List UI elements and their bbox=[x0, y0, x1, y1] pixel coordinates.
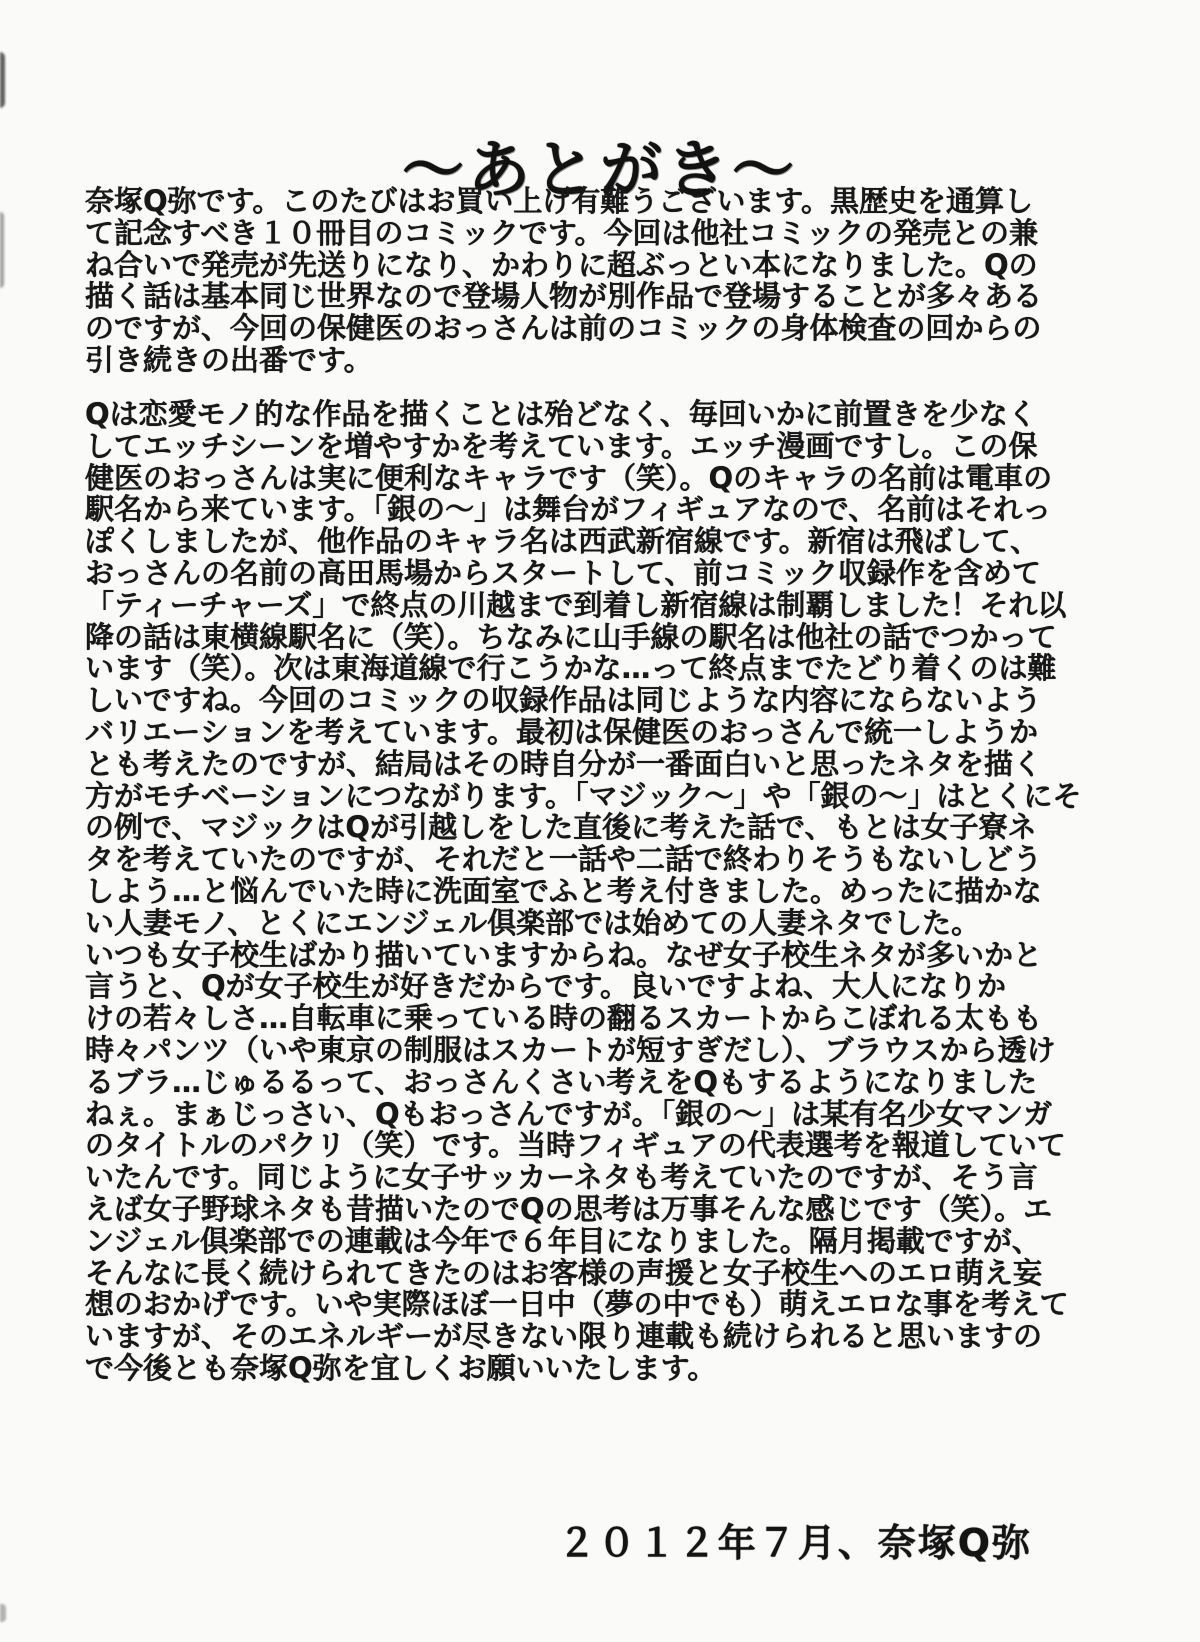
afterword-paragraph-2: Qは恋愛モノ的な作品を描くことは殆どなく、毎回いかに前置きを少なく してエッチシ… bbox=[85, 399, 1099, 1385]
afterword-scan-page: ～あとがき～ 奈塚Q弥です。このたびはお買い上げ有難うございます。黒歴史を通算し… bbox=[0, 0, 1200, 1642]
scan-artifact-left-bottom bbox=[0, 1604, 6, 1622]
afterword-paragraph-1: 奈塚Q弥です。このたびはお買い上げ有難うございます。黒歴史を通算し て記念すべき… bbox=[85, 186, 1099, 377]
date-signature: ２０１２年７月、奈塚Q弥 bbox=[558, 1512, 1032, 1567]
scan-artifact-left-mid bbox=[0, 212, 4, 288]
scan-artifact-left-top bbox=[0, 52, 5, 108]
